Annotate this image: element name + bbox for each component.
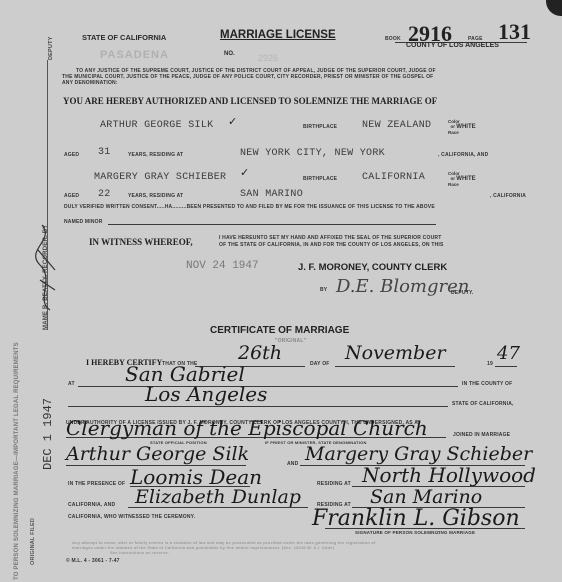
witness1-residence: North Hollywood bbox=[362, 463, 536, 487]
joined-label: JOINED IN MARRIAGE bbox=[453, 432, 510, 438]
witness1-residing-label: RESIDING AT bbox=[317, 481, 351, 487]
certificate-title: CERTIFICATE OF MARRIAGE bbox=[210, 325, 349, 336]
groom-residence: NEW YORK CITY, NEW YORK bbox=[240, 148, 385, 159]
marriage-license-document: TO PERSON SOLEMNIZING MARRIAGE—IMPORTANT… bbox=[0, 0, 562, 582]
by-label: BY bbox=[320, 287, 327, 293]
groom-birthplace: NEW ZEALAND bbox=[362, 120, 431, 131]
county-label: COUNTY OF LOS ANGELES bbox=[406, 42, 499, 49]
county-line bbox=[68, 406, 448, 407]
bride-residence: SAN MARINO bbox=[240, 189, 303, 200]
margin-recorder-signature bbox=[30, 210, 60, 320]
bride-signature: Margery Gray Schieber bbox=[305, 443, 532, 465]
groom-check-mark: ✓ bbox=[228, 115, 237, 128]
form-number: © M.L. 4 - 3061 - 7-47 bbox=[66, 558, 120, 564]
bride-birthplace-label: BIRTHPLACE bbox=[303, 176, 337, 182]
license-no-label: NO. bbox=[224, 51, 235, 57]
bride-residence-suffix: , CALIFORNIA bbox=[490, 193, 526, 199]
groom-age: 31 bbox=[98, 147, 111, 158]
year-prefix: 19 bbox=[487, 361, 493, 367]
consent-line-2: NAMED MINOR bbox=[64, 219, 103, 225]
margin-deputy-label: DEPUTY bbox=[48, 36, 54, 60]
witness-text-2: OF THE STATE OF CALIFORNIA, IN AND FOR T… bbox=[219, 242, 444, 248]
groom-birthplace-label: BIRTHPLACE bbox=[303, 124, 337, 130]
groom-race: WHITE bbox=[456, 124, 475, 130]
document-title: MARRIAGE LICENSE bbox=[220, 29, 336, 41]
officiant-signature-label: SIGNATURE OF PERSON SOLEMNIZING MARRIAGE bbox=[355, 530, 475, 535]
bride-race-field: Color or WHITE Race bbox=[448, 171, 476, 187]
consent-line-1: DULY VERIFIED WRITTEN CONSENT.....HA....… bbox=[64, 204, 435, 210]
place-line bbox=[78, 386, 458, 387]
address-line-3: ANY DENOMINATION: bbox=[62, 80, 118, 86]
margin-original-filed: ORIGINAL FILED bbox=[30, 518, 36, 565]
state-of-california-label: STATE OF CALIFORNIA, bbox=[452, 401, 514, 407]
groom-name: ARTHUR GEORGE SILK bbox=[100, 120, 213, 131]
witnessed-ceremony-label: CALIFORNIA, WHO WITNESSED THE CEREMONY. bbox=[68, 514, 195, 520]
in-county-label: IN THE COUNTY OF bbox=[462, 381, 512, 387]
deputy-signature: D.E. Blomgren bbox=[336, 276, 469, 297]
minor-name-line bbox=[108, 224, 436, 225]
witness2-name: Elizabeth Dunlap bbox=[135, 486, 301, 508]
margin-legal-notice: TO PERSON SOLEMNIZING MARRIAGE—IMPORTANT… bbox=[14, 342, 20, 580]
bride-residing-label: YEARS, RESIDING AT bbox=[128, 193, 183, 199]
witness2-residence: San Marino bbox=[370, 486, 482, 508]
issue-date-stamp: NOV 24 1947 bbox=[186, 260, 259, 272]
bride-aged-label: AGED bbox=[64, 193, 79, 199]
groom-race-field: Color or WHITE Race bbox=[448, 119, 476, 135]
county-clerk-name: J. F. MORONEY, COUNTY CLERK bbox=[298, 262, 447, 273]
california-and-label: CALIFORNIA, AND bbox=[68, 502, 115, 508]
marriage-county: Los Angeles bbox=[145, 382, 267, 406]
state-label: STATE OF CALIFORNIA bbox=[82, 33, 166, 42]
officiant-signature-line bbox=[325, 528, 525, 529]
groom-residing-label: YEARS, RESIDING AT bbox=[128, 152, 183, 158]
groom-aged-label: AGED bbox=[64, 152, 79, 158]
margin-filed-date-stamp: DEC 1 1947 bbox=[41, 398, 55, 470]
bride-name: MARGERY GRAY SCHIEBER bbox=[94, 172, 226, 183]
bride-age: 22 bbox=[98, 189, 111, 200]
marriage-day: 26th bbox=[238, 342, 282, 364]
at-label: AT bbox=[68, 381, 75, 387]
officiant-position: Clergyman of the Episcopal Church bbox=[66, 416, 428, 440]
branch-stamp: PASADENA bbox=[100, 49, 169, 61]
bride-race: WHITE bbox=[456, 176, 475, 182]
witness-heading: IN WITNESS WHEREOF, bbox=[89, 237, 193, 247]
day-of-label: DAY OF bbox=[310, 361, 330, 367]
bride-birthplace: CALIFORNIA bbox=[362, 172, 425, 183]
year-line bbox=[495, 366, 517, 367]
footer-notice-3: See instructions on reverse. bbox=[110, 550, 169, 555]
marriage-month: November bbox=[345, 342, 446, 364]
groom-residence-suffix: , CALIFORNIA, AND bbox=[438, 152, 488, 158]
presence-label: IN THE PRESENCE OF bbox=[68, 481, 125, 487]
marriage-year: 47 bbox=[497, 343, 520, 364]
month-line bbox=[335, 366, 455, 367]
scan-corner-artifact bbox=[546, 0, 562, 16]
bride-check-mark: ✓ bbox=[240, 166, 249, 179]
license-no-value: 2926 bbox=[258, 53, 278, 63]
witness-text-1: I HAVE HEREUNTO SET MY HAND AND AFFIXED … bbox=[219, 235, 441, 241]
and-label: AND bbox=[287, 461, 298, 467]
deputy-label: DEPUTY. bbox=[451, 290, 474, 296]
authorization-statement: YOU ARE HEREBY AUTHORIZED AND LICENSED T… bbox=[63, 96, 437, 106]
groom-signature: Arthur George Silk bbox=[66, 443, 249, 465]
